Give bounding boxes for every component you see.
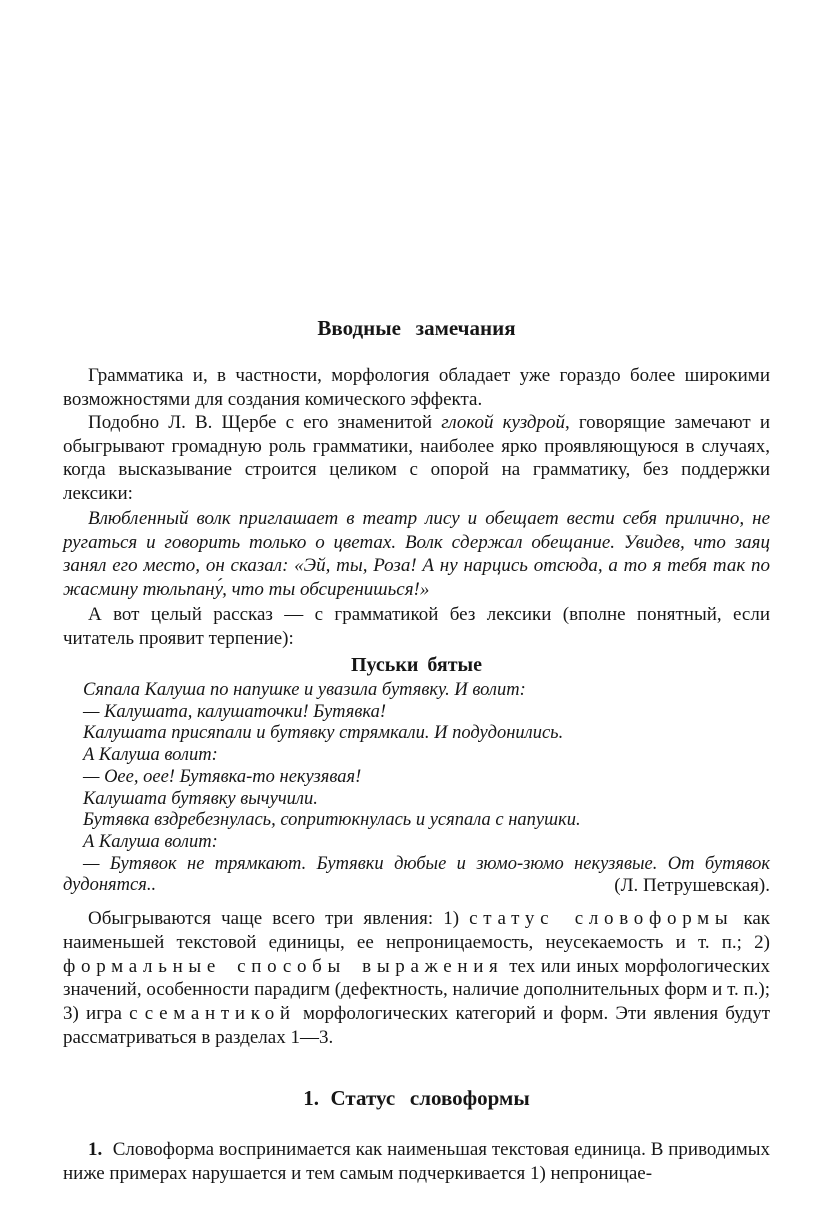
intro-paragraph-3: А вот целый рассказ — с грамматикой без …	[63, 603, 770, 650]
story-attribution: (Л. Петрушевская).	[594, 875, 770, 897]
story-line: Калушата присяпали и бутявку стрямкали. …	[63, 723, 770, 745]
intro-paragraph-1-text: Грамматика и, в частности, морфология об…	[63, 365, 770, 410]
section-title: Статус словоформы	[331, 1086, 530, 1110]
story-line: Сяпала Калуша по напушке и увазила бутяв…	[63, 680, 770, 702]
wolf-quote: Влюбленный волк приглашает в театр лису …	[63, 507, 770, 601]
section-number: 1.	[303, 1086, 319, 1110]
intro-paragraph-2: Подобно Л. В. Щербе с его знаменитой гло…	[63, 411, 770, 505]
intro-paragraph-2-before: Подобно Л. В. Щербе с его знаменитой	[88, 412, 441, 433]
story-line-last: — Бутявок не трямкают. Бутявки дюбые и з…	[63, 854, 770, 897]
story-line: — Оее, оее! Бутявка-то некузявая!	[63, 767, 770, 789]
story-line: Калушата бутявку вычучили.	[63, 789, 770, 811]
summary-text-1: Обыгрываются чаще всего три явления: 1)	[88, 908, 469, 929]
glokaya-kuzdra-term: глокой куздрой	[441, 412, 565, 433]
spaced-term-status-slovoformy: статус словоформы	[469, 908, 733, 929]
final-paragraph-number: 1.	[88, 1139, 102, 1160]
intro-paragraph-1: Грамматика и, в частности, морфология об…	[63, 364, 770, 411]
page-content: Вводные замечания Грамматика и, в частно…	[63, 316, 770, 1185]
spaced-term-formalnye-sposoby: формальные способы выражения	[63, 956, 504, 977]
intro-paragraph-3-text: А вот целый рассказ — с грамматикой без …	[63, 604, 770, 649]
chapter-heading: Вводные замечания	[63, 316, 770, 340]
story-line: — Калушата, калушаточки! Бутявка!	[63, 702, 770, 724]
book-page: Вводные замечания Грамматика и, в частно…	[0, 0, 834, 1230]
final-paragraph: 1.Словоформа воспринимается как наименьш…	[63, 1138, 770, 1186]
summary-paragraph: Обыгрываются чаще всего три явления: 1) …	[63, 907, 770, 1050]
final-paragraph-text: Словоформа воспринимается как наименьшая…	[63, 1139, 770, 1184]
story-line: Бутявка вздребезнулась, сопритюкнулась и…	[63, 810, 770, 832]
story-line: А Калуша волит:	[63, 832, 770, 854]
section-heading: 1.Статус словоформы	[63, 1086, 770, 1110]
story-title: Пуськи бятые	[63, 654, 770, 676]
spaced-term-semantikoy: семантикой	[145, 1003, 296, 1024]
story-line: А Калуша волит:	[63, 745, 770, 767]
